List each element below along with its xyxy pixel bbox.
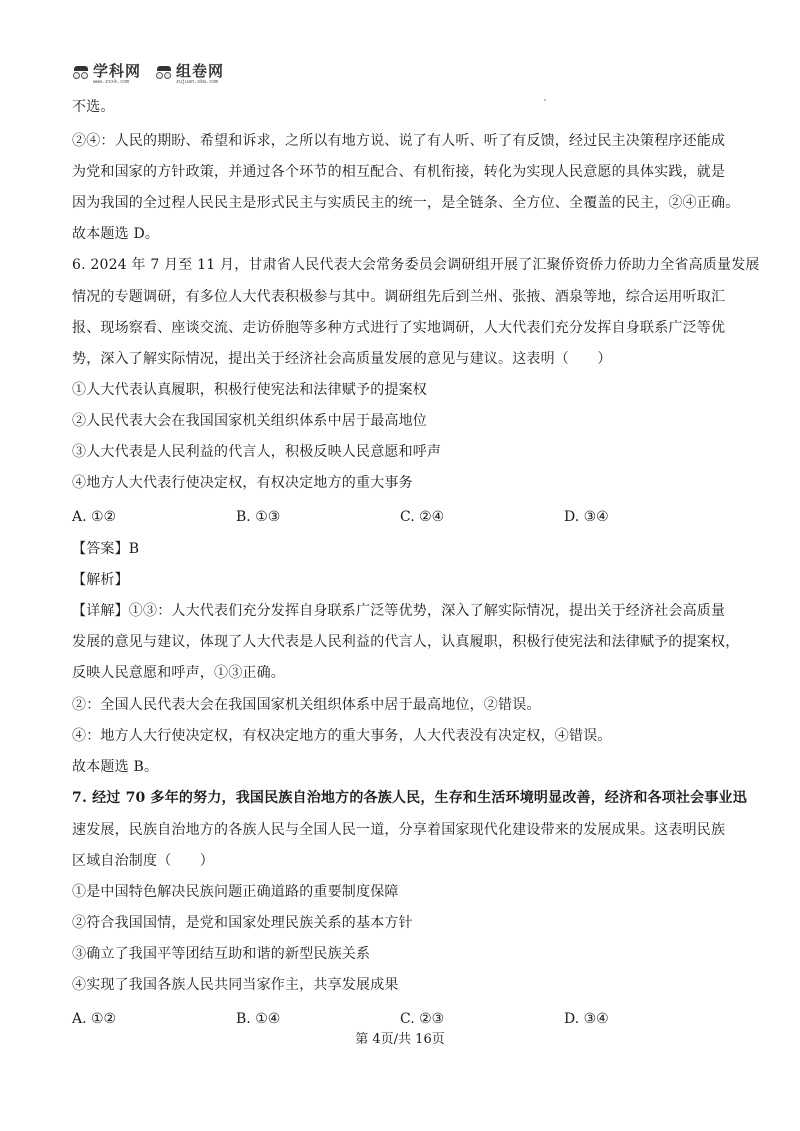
q6-statement: ①人大代表认真履职，积极行使宪法和法律赋予的提案权 — [72, 381, 427, 399]
header-logos: 学科网 www.zxxk.com 组卷网 zujuan.xkw.com — [72, 62, 224, 86]
q6-answer: 【答案】B — [72, 540, 139, 558]
q7-option-a: A. ①② — [72, 1010, 116, 1028]
logo-url: zujuan.xkw.com — [176, 80, 224, 85]
q6-statement: ④地方人大代表行使决定权，有权决定地方的重大事务 — [72, 474, 413, 492]
q6-statement: ③人大代表是人民利益的代言人，积极反映人民意愿和呼声 — [72, 443, 441, 461]
q7-stem-line: 区域自治制度（ ） — [72, 852, 214, 870]
q7-stem-line: 速发展，民族自治地方的各族人民与全国人民一道，分享着国家现代化建设带来的发展成果… — [72, 821, 725, 839]
q6-detail-line: ②：全国人民代表大会在我国国家机关组织体系中居于最高地位，②错误。 — [72, 696, 541, 714]
page-number: 第 4页/共 16页 — [0, 1028, 800, 1047]
q6-detail-line: 故本题选 B。 — [72, 758, 158, 776]
logo-name: 组卷网 — [176, 64, 224, 79]
text-line: 为党和国家的方针政策，并通过各个环节的相互配合、有机衔接，转化为实现人民意愿的具… — [72, 163, 725, 181]
q6-analysis-label: 【解析】 — [72, 571, 129, 589]
logo-name: 学科网 — [93, 64, 141, 79]
q6-stem-line: 报、现场察看、座谈交流、走访侨胞等多种方式进行了实地调研，人大代表们充分发挥自身… — [72, 319, 725, 337]
q7-statement: ③确立了我国平等团结互助和谐的新型民族关系 — [72, 945, 370, 963]
q6-detail-line: 【详解】①③：人大代表们充分发挥自身联系广泛等优势，深入了解实际情况，提出关于经… — [72, 602, 725, 620]
q7-statement: ①是中国特色解决民族问题正确道路的重要制度保障 — [72, 883, 399, 901]
q6-stem-line: 势，深入了解实际情况，提出关于经济社会高质量发展的意见与建议。这表明（ ） — [72, 350, 612, 368]
q6-detail-line: 发展的意见与建议，体现了人大代表是人民利益的代言人，认真履职，积极行使宪法和法律… — [72, 633, 739, 651]
text-line: 因为我国的全过程人民民主是形式民主与实质民主的统一，是全链条、全方位、全覆盖的民… — [72, 194, 739, 212]
q6-option-b: B. ①③ — [236, 508, 280, 526]
scan-artifact — [544, 99, 546, 101]
zxxk-logo: 学科网 www.zxxk.com — [72, 64, 141, 85]
q6-option-c: C. ②④ — [400, 508, 444, 526]
q6-detail-line: ④：地方人大行使决定权，有权决定地方的重大事务，人大代表没有决定权，④错误。 — [72, 727, 612, 745]
q7-stem-line: 7. 经过 70 多年的努力，我国民族自治地方的各族人民，生存和生活环境明显改善… — [72, 789, 747, 807]
text-line: 不选。 — [72, 98, 115, 116]
q6-option-d: D. ③④ — [564, 508, 609, 526]
q6-detail-line: 反映人民意愿和呼声，①③正确。 — [72, 664, 285, 682]
q7-option-b: B. ①④ — [236, 1010, 280, 1028]
q6-stem-line: 情况的专题调研，有多位人大代表积极参与其中。调研组先后到兰州、张掖、酒泉等地，综… — [72, 288, 725, 306]
q7-option-d: D. ③④ — [564, 1010, 609, 1028]
text-line: ②④：人民的期盼、希望和诉求，之所以有地方说、说了有人听、听了有反馈，经过民主决… — [72, 132, 725, 150]
q7-statement: ②符合我国国情，是党和国家处理民族关系的基本方针 — [72, 914, 413, 932]
q6-option-a: A. ①② — [72, 508, 116, 526]
q6-statement: ②人民代表大会在我国国家机关组织体系中居于最高地位 — [72, 412, 427, 430]
text-line: 故本题选 D。 — [72, 225, 159, 243]
zujuan-logo: 组卷网 zujuan.xkw.com — [155, 64, 224, 85]
q7-statement: ④实现了我国各族人民共同当家作主，共享发展成果 — [72, 976, 399, 994]
owl-logo-icon — [72, 66, 90, 82]
owl-logo-icon — [155, 66, 173, 82]
q7-option-c: C. ②③ — [400, 1010, 444, 1028]
logo-url: www.zxxk.com — [93, 80, 141, 85]
q6-stem-line: 6. 2024 年 7 月至 11 月，甘肃省人民代表大会常务委员会调研组开展了… — [72, 256, 760, 274]
